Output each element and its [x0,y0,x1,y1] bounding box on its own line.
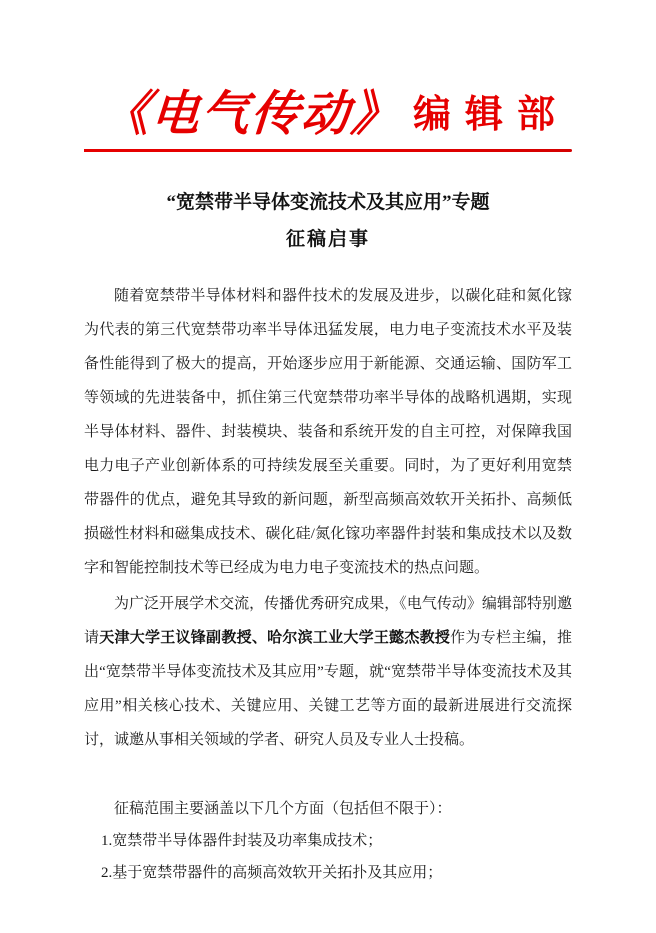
scope-item-2: 2.基于宽禁带器件的高频高效软开关拓扑及其应用； [84,857,572,889]
masthead-rule [84,149,572,152]
editorial-department-label: 编辑部 [413,96,569,134]
call-for-papers-title: 征稿启事 [84,229,572,251]
document-page: 《电气传动》 编辑部 “宽禁带半导体变流技术及其应用”专题 征稿启事 随着宽禁带… [0,0,656,933]
paragraph-invitation: 为广泛开展学术交流，传播优秀研究成果，《电气传动》编辑部特别邀请天津大学王议锋副… [84,587,572,757]
paragraph-background-text: 随着宽禁带半导体材料和器件技术的发展及进步，以碳化硅和氮化镓为代表的第三代宽禁带… [84,288,572,576]
scope-heading: 征稿范围主要涵盖以下几个方面（包括但不限于）： [84,793,572,825]
paragraph-invitation-post: 作为专栏主编，推出“宽禁带半导体变流技术及其应用”专题，就“宽禁带半导体变流技术… [84,630,572,748]
special-topic-title: “宽禁带半导体变流技术及其应用”专题 [84,192,572,214]
masthead: 《电气传动》 编辑部 [84,84,572,146]
guest-editors-names: 天津大学王议锋副教授、哈尔滨工业大学王懿杰教授 [99,630,450,646]
journal-name-calligraphy: 《电气传动》 [99,91,402,139]
paragraph-background: 随着宽禁带半导体材料和器件技术的发展及进步，以碳化硅和氮化镓为代表的第三代宽禁带… [84,279,572,585]
scope-item-1: 1.宽禁带半导体器件封装及功率集成技术； [84,825,572,857]
